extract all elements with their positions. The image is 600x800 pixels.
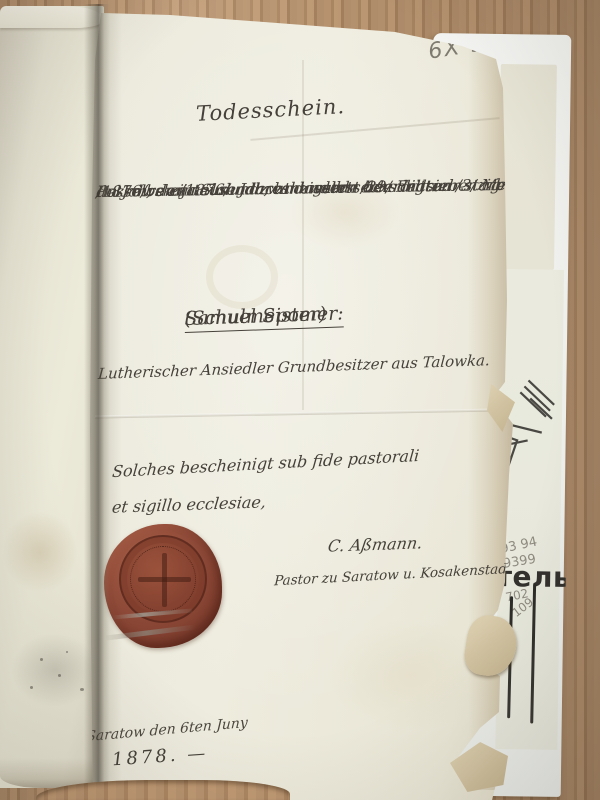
paper-stain <box>2 511 78 593</box>
book-gutter-shadow <box>84 4 110 790</box>
ring-stain <box>206 245 278 309</box>
ink-speck <box>30 686 33 689</box>
body-line: desselben /1876/. Jahres daselbst beerdi… <box>95 170 438 209</box>
dateline-year: 1878. — <box>111 743 208 771</box>
seal-stamp-impression <box>119 535 207 623</box>
pastor-signature: C. Aßmann. <box>327 533 424 555</box>
horizontal-fold-crease <box>95 408 507 418</box>
ink-speck <box>58 674 61 677</box>
ink-speck <box>40 658 43 661</box>
wax-seal <box>104 524 222 648</box>
attestation-line: Solches bescheinigt sub fide pastorali <box>111 446 420 481</box>
ink-speck <box>66 651 68 653</box>
paper-stain <box>330 620 490 730</box>
deceased-description: Lutherischer Ansiedler Grundbesitzer aus… <box>97 351 490 383</box>
document-heading: Todesschein. <box>195 94 345 126</box>
seal-cross-icon <box>138 577 191 582</box>
sheet-shadow-tint <box>498 64 557 270</box>
attestation-line: et sigillo ecclesiae, <box>111 492 267 516</box>
photo-of-death-certificate: 93 94 9399 тель 702 109 6X 97 Todesschei… <box>0 0 600 800</box>
